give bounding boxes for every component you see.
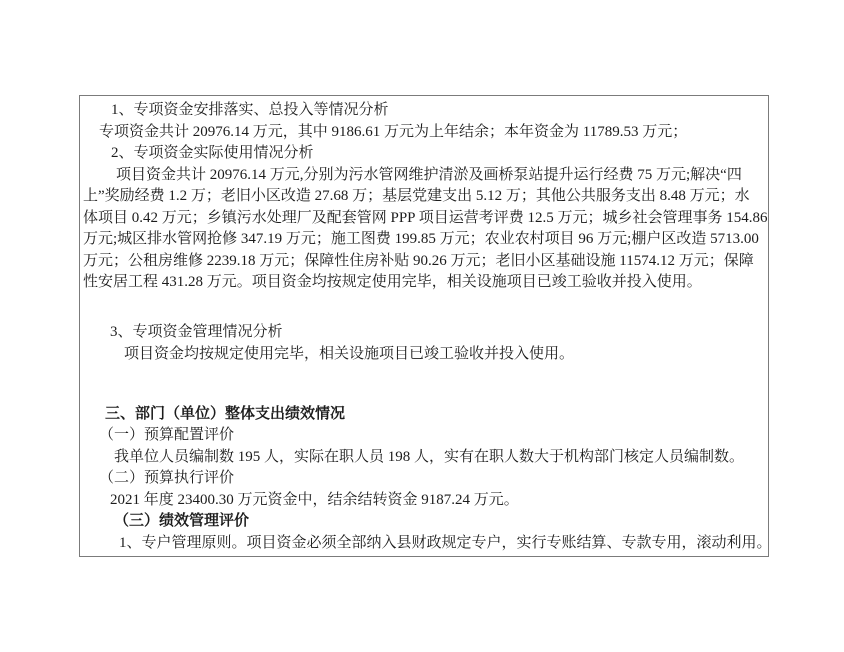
sub2-heading: （二）预算执行评价 (83, 468, 765, 490)
item2-body-line6: 性安居工程 431.28 万元。项目资金均按规定使用完毕，相关设施项目已竣工验收… (83, 272, 765, 294)
item2-body-line1: 项目资金共计 20976.14 万元,分别为污水管网维护清淤及画桥泵站提升运行经… (83, 165, 765, 187)
sub3-body: 1、专户管理原则。项目资金必须全部纳入县财政规定专户，实行专账结算、专款专用，滚… (83, 533, 765, 555)
document-page: 1、专项资金安排落实、总投入等情况分析 专项资金共计 20976.14 万元，其… (0, 0, 844, 652)
item2-body-line5: 万元；公租房维修 2239.18 万元；保障性住房补贴 90.26 万元；老旧小… (83, 251, 765, 273)
section3-heading: 三、部门（单位）整体支出绩效情况 (83, 404, 765, 426)
item2-body-line3: 体项目 0.42 万元；乡镇污水处理厂及配套管网 PPP 项目运营考评费 12.… (83, 208, 765, 230)
sub1-heading: （一）预算配置评价 (83, 425, 765, 447)
item2-heading: 2、专项资金实际使用情况分析 (83, 143, 765, 165)
item1-body: 专项资金共计 20976.14 万元，其中 9186.61 万元为上年结余；本年… (83, 122, 765, 144)
item1-heading: 1、专项资金安排落实、总投入等情况分析 (83, 100, 765, 122)
item2-body-line4: 万元;城区排水管网抢修 347.19 万元；施工图费 199.85 万元；农业农… (83, 229, 765, 251)
sub3-heading: （三）绩效管理评价 (83, 511, 765, 533)
sub1-body: 我单位人员编制数 195 人，实际在职人员 198 人，实有在职人数大于机构部门… (83, 447, 765, 469)
sub2-body: 2021 年度 23400.30 万元资金中，结余结转资金 9187.24 万元… (83, 490, 765, 512)
item2-body-line2: 上”奖励经费 1.2 万；老旧小区改造 27.68 万；基层党建支出 5.12 … (83, 186, 765, 208)
item3-body: 项目资金均按规定使用完毕，相关设施项目已竣工验收并投入使用。 (83, 344, 765, 366)
report-text-cell: 1、专项资金安排落实、总投入等情况分析 专项资金共计 20976.14 万元，其… (79, 95, 769, 557)
item3-heading: 3、专项资金管理情况分析 (83, 322, 765, 344)
